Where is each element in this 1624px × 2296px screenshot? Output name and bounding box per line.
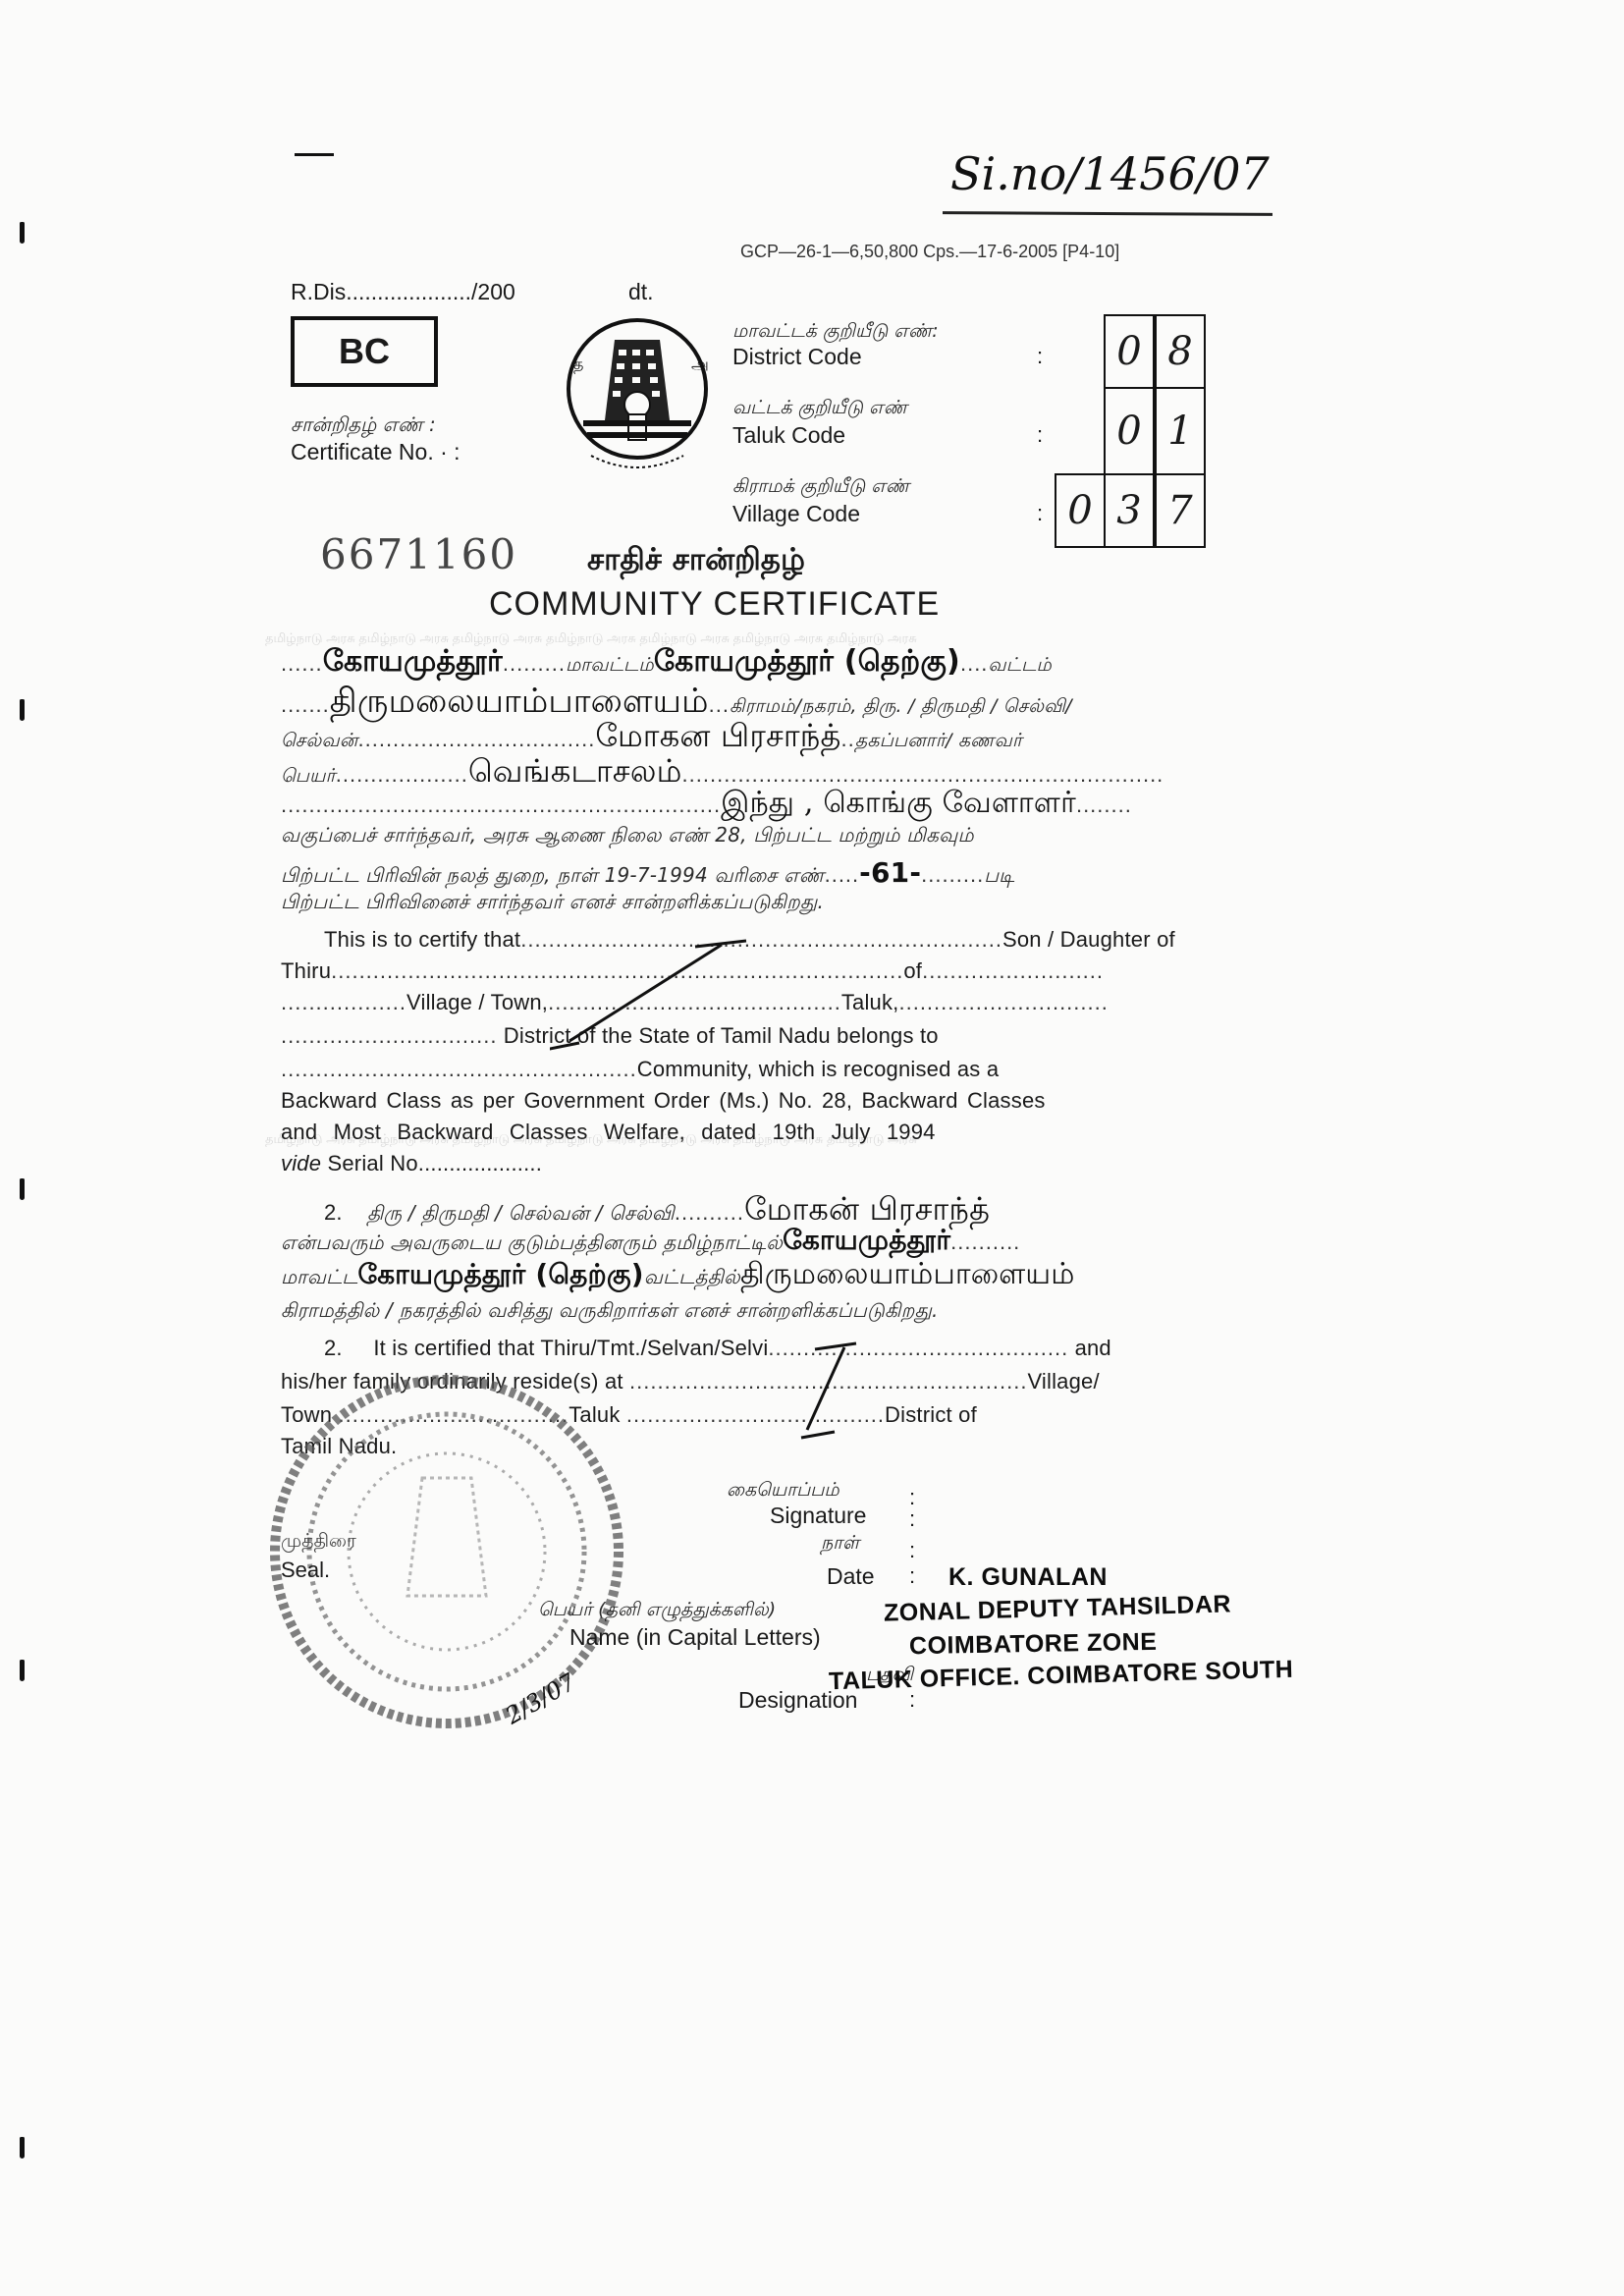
- english-line8: vide Serial No....................: [281, 1151, 542, 1176]
- official-zone: COIMBATORE ZONE: [909, 1628, 1158, 1661]
- residence-en-line1: 2. It is certified that Thiru/Tmt./Selva…: [324, 1336, 1111, 1361]
- resident-taluk: கோயமுத்தூர் (தெற்கு): [357, 1258, 643, 1290]
- title-tamil: சாதிச் சான்றிதழ்: [587, 542, 805, 581]
- village-suffix: கிராமம்/நகரம், திரு. / திருமதி / செல்வி/: [730, 695, 1072, 717]
- of-text: of: [903, 958, 922, 983]
- rdis-label: R.Dis..................../200: [291, 279, 515, 305]
- certificate-no-label-ta: சான்றிதழ் எண் :: [291, 412, 436, 439]
- official-office: TALUK OFFICE. COIMBATORE SOUTH: [829, 1656, 1294, 1696]
- community-value: இந்து , கொங்கு வேளாளர்: [721, 786, 1076, 820]
- thiru-text: Thiru: [281, 958, 331, 983]
- cancellation-stroke: [795, 1336, 923, 1444]
- official-designation: ZONAL DEPUTY TAHSILDAR: [884, 1590, 1232, 1627]
- district-code-label-ta: மாவட்டக் குறியீடு எண்:: [732, 320, 939, 345]
- taluk-value: கோயமுத்தூர் (தெற்கு): [654, 644, 960, 679]
- reference-number: Si.no/1456/07: [950, 147, 1270, 200]
- village-text: Village/: [1027, 1369, 1099, 1394]
- name-label: Name (in Capital Letters): [569, 1624, 821, 1651]
- peyar-label: பெயர்: [281, 765, 336, 787]
- tamil-para-line3: பிற்பட்ட பிரிவினைச் சார்ந்தவர் எனச் சான்…: [281, 890, 824, 916]
- village-code-digit: 7: [1155, 473, 1206, 548]
- village-code-digit: 3: [1104, 473, 1155, 548]
- margin-mark: [20, 1178, 25, 1200]
- honorifics: திரு / திருமதி / செல்வன் / செல்வி: [367, 1201, 675, 1225]
- certificate-no-label: Certificate No. · :: [291, 439, 460, 465]
- person-name: மோகன பிரசாந்த்: [595, 717, 840, 754]
- and-text: and: [1075, 1336, 1111, 1360]
- mavatta-text: மாவட்ட: [281, 1265, 357, 1288]
- selvan-label: செல்வன்: [281, 730, 358, 751]
- margin-mark: [20, 699, 25, 721]
- tamil-nadu-emblem-icon: த அ: [554, 310, 721, 477]
- taluk-text: Taluk,: [841, 990, 899, 1014]
- tamil-line-community: ........................................…: [281, 786, 1132, 824]
- cancellation-stroke: [550, 933, 785, 1061]
- title-english: COMMUNITY CERTIFICATE: [489, 585, 940, 624]
- name-label-ta: பெயர் (தனி எழுத்துக்களில்): [538, 1599, 776, 1623]
- signature-label-ta: கையொப்பம்: [727, 1479, 839, 1503]
- certify-text: This is to certify that: [324, 927, 520, 952]
- margin-mark: [20, 2137, 25, 2159]
- taluk-code-digit: 0: [1104, 387, 1155, 475]
- top-dash: [295, 153, 334, 156]
- village-code-digit: 0: [1055, 473, 1106, 548]
- tamil-para-line2: பிற்பட்ட பிரிவின் நலத் துறை, நாள் 19-7-1…: [281, 856, 1014, 890]
- para-number: 2.: [324, 1200, 343, 1225]
- residence-ta-line4: கிராமத்தில் / நகரத்தில் வசித்து வருகிறார…: [281, 1298, 939, 1325]
- english-line6: Backward Class as per Government Order (…: [281, 1088, 1046, 1114]
- village-code-label-ta: கிராமக் குறியீடு எண்: [732, 475, 909, 500]
- tamil-para-line1: வகுப்பைச் சார்ந்தவர், அரசு ஆணை நிலை எண் …: [281, 823, 974, 849]
- seal-label-ta: முத்திரை: [281, 1530, 356, 1555]
- dt-label: dt.: [628, 279, 654, 305]
- category-badge: BC: [291, 316, 438, 387]
- print-code: GCP—26-1—6,50,800 Cps.—17-6-2005 [P4-10]: [740, 242, 1119, 262]
- resident-name: மோகன் பிரசாந்த்: [744, 1190, 990, 1228]
- colon: :: [909, 1506, 915, 1532]
- margin-mark: [20, 222, 25, 244]
- date-label: Date: [827, 1563, 875, 1590]
- serial-no-text: Serial No....................: [321, 1151, 542, 1175]
- serial-value: -61-: [859, 856, 921, 889]
- village-town-text: Village / Town,: [406, 990, 548, 1014]
- svg-text:அ: அ: [691, 355, 709, 373]
- colon: :: [909, 1538, 915, 1563]
- para-line2-text: பிற்பட்ட பிரிவின் நலத் துறை, நாள் 19-7-1…: [281, 863, 825, 887]
- official-name: K. GUNALAN: [948, 1563, 1108, 1592]
- residence-ta-line2: என்பவரும் அவருடைய குடும்பத்தினரும் தமிழ்…: [281, 1224, 1020, 1260]
- tamil-line-district: ......கோயமுத்தூர்.........மாவட்டம்கோயமுத…: [281, 644, 1214, 683]
- padi-label: படி: [984, 863, 1014, 887]
- certificate-serial: 6671160: [320, 530, 517, 578]
- father-name: வெங்கடாசலம்: [468, 752, 682, 790]
- district-code-digit: 8: [1155, 314, 1206, 389]
- resident-village: திருமலையாம்பாளையம்: [740, 1257, 1075, 1291]
- reference-underline: [943, 211, 1272, 216]
- village-code-label: Village Code: [732, 501, 860, 527]
- colon: :: [1037, 422, 1043, 448]
- margin-mark: [20, 1660, 25, 1681]
- certified-text: It is certified that Thiru/Tmt./Selvan/S…: [373, 1336, 768, 1360]
- father-suffix: தகப்பனார்/ கணவர்: [855, 730, 1022, 751]
- date-label-ta: நாள்: [821, 1532, 859, 1557]
- son-daughter-text: Son / Daughter of: [1002, 927, 1175, 952]
- district-code-label: District Code: [732, 344, 862, 370]
- family-text: என்பவரும் அவருடைய குடும்பத்தினரும் தமிழ்…: [281, 1230, 783, 1254]
- district-value: கோயமுத்தூர்: [323, 644, 503, 679]
- english-line7: and Most Backward Classes Welfare, dated…: [281, 1120, 936, 1145]
- taluk-code-digit: 1: [1155, 387, 1206, 475]
- taluk-code-label: Taluk Code: [732, 422, 845, 449]
- signature-label: Signature: [770, 1503, 866, 1529]
- taluk-suffix: வட்டம்: [988, 654, 1052, 676]
- district-suffix: மாவட்டம்: [566, 654, 654, 676]
- para-number: 2.: [324, 1336, 343, 1360]
- vattathil-text: வட்டத்தில்: [644, 1265, 740, 1288]
- colon: :: [1037, 501, 1043, 526]
- svg-text:த: த: [573, 355, 583, 373]
- colon: :: [909, 1563, 915, 1589]
- vide-text: vide: [281, 1151, 321, 1175]
- taluk-code-label-ta: வட்டக் குறியீடு எண்: [732, 397, 907, 421]
- colon: :: [1037, 344, 1043, 369]
- residence-ta-line3: மாவட்டகோயமுத்தூர் (தெற்கு)வட்டத்தில்திரு…: [281, 1257, 1075, 1295]
- district-code-digit: 0: [1104, 314, 1155, 389]
- village-value: திருமலையாம்பாளையம்: [330, 682, 709, 721]
- seal-label: Seal.: [281, 1558, 330, 1583]
- resident-district: கோயமுத்தூர்: [783, 1224, 950, 1256]
